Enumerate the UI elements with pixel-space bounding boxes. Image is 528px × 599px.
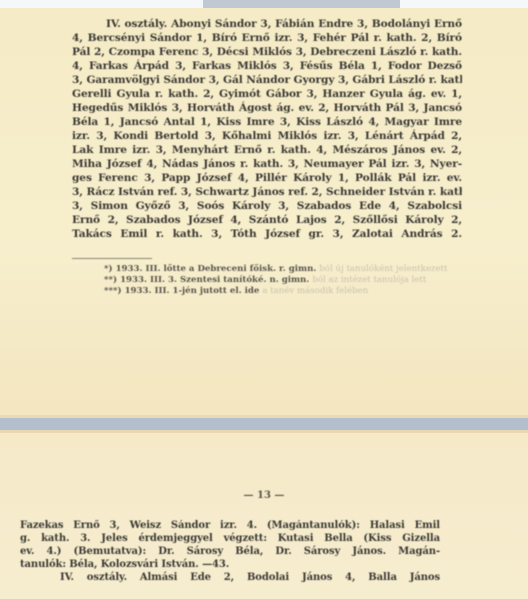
- text-line: Gerelli Gyula r. kath. 2, Gyimót Gábor 3…: [72, 87, 462, 101]
- viewer-top-bar: [0, 0, 528, 8]
- text-line: 4, Bercsényi Sándor 1, Bíró Ernő izr. 3,…: [72, 31, 462, 45]
- footnote-mark: **): [104, 275, 117, 285]
- text-line: IV. osztály. Almási Ede 2, Bodolai János…: [20, 571, 440, 584]
- footnote-text: 1933. III. lőtte a Debreceni főisk. r. g…: [116, 264, 317, 274]
- footnote-faint-text: a tanév második felében: [262, 286, 368, 296]
- text-line: g. kath. 3. Jeles érdemjeggyel végzett: …: [20, 532, 440, 545]
- footnote-faint-text: ból új tanulóként jelentkezett: [319, 264, 447, 274]
- text-line: izr. 3, Kondi Bertold 3, Kőhalmi Miklós …: [72, 129, 462, 143]
- footnote: **) 1933. III. 3. Szentesi tanítóké. n. …: [104, 275, 447, 286]
- footnote: *) 1933. III. lőtte a Debreceni főisk. r…: [104, 264, 447, 275]
- text-line: tanulók: Béla, Kolozsvári István. —43.: [20, 558, 440, 571]
- footnote-text: 1933. III. 3. Szentesi tanítóké. n. gimn…: [120, 275, 309, 285]
- viewer-active-tab[interactable]: [203, 0, 400, 8]
- page-number: — 13 —: [0, 490, 528, 501]
- footnote-faint-text: ból az intézet tanulója lett: [312, 275, 426, 285]
- text-line: Pál 2, Czompa Ferenc 3, Décsi Miklós 3, …: [72, 45, 462, 59]
- text-line: ges Ferenc 3, Papp József 4, Pillér Káro…: [72, 171, 462, 185]
- text-line: 3, Rácz István ref. 3, Schwartz János re…: [72, 185, 462, 199]
- text-line: 4, Farkas Árpád 3, Farkas Miklós 3, Fésű…: [72, 59, 462, 73]
- text-line: 3, Garamvölgyi Sándor 3, Gál Nándor Gyor…: [72, 73, 462, 87]
- footnote-text: 1933. III. 1-jén jutott el. ide: [125, 286, 260, 296]
- footnote-mark: ***): [104, 286, 122, 296]
- text-line: Lak Imre izr. 3, Menyhárt Ernő r. kath. …: [72, 143, 462, 157]
- text-line: Hegedűs Miklós 3, Horváth Ágost ág. ev. …: [72, 101, 462, 115]
- text-line: IV. osztály. Abonyi Sándor 3, Fábián End…: [72, 17, 462, 31]
- footnote-mark: *): [104, 264, 113, 274]
- text-line: Ernő 2, Szabados József 4, Szántó Lajos …: [72, 213, 462, 227]
- paragraph-class-list: IV. osztály. Abonyi Sándor 3, Fábián End…: [72, 17, 462, 241]
- footnote-rule: [72, 258, 152, 259]
- page-separator: [0, 415, 528, 433]
- paragraph-continuation: Fazekas Ernő 3, Weisz Sándor izr. 4. (Ma…: [20, 519, 440, 584]
- text-line: Fazekas Ernő 3, Weisz Sándor izr. 4. (Ma…: [20, 519, 440, 532]
- text-line: 3, Simon Győző 3, Soós Károly 3, Szabado…: [72, 199, 462, 213]
- text-line: Miha József 4, Nádas János r. kath. 3, N…: [72, 157, 462, 171]
- footnote: ***) 1933. III. 1-jén jutott el. ide a t…: [104, 286, 447, 297]
- document-page-2: — 13 — Fazekas Ernő 3, Weisz Sándor izr.…: [0, 433, 528, 599]
- text-line: ev. 4.) (Bemutatva): Dr. Sárosy Béla, Dr…: [20, 545, 440, 558]
- text-line: Béla 1, Jancsó Antal 1, Kiss Imre 3, Kis…: [72, 115, 462, 129]
- footnotes: *) 1933. III. lőtte a Debreceni főisk. r…: [104, 264, 447, 297]
- text-line: Takács Emil r. kath. 3, Tóth József gr. …: [72, 227, 462, 241]
- document-page-1: IV. osztály. Abonyi Sándor 3, Fábián End…: [0, 8, 528, 415]
